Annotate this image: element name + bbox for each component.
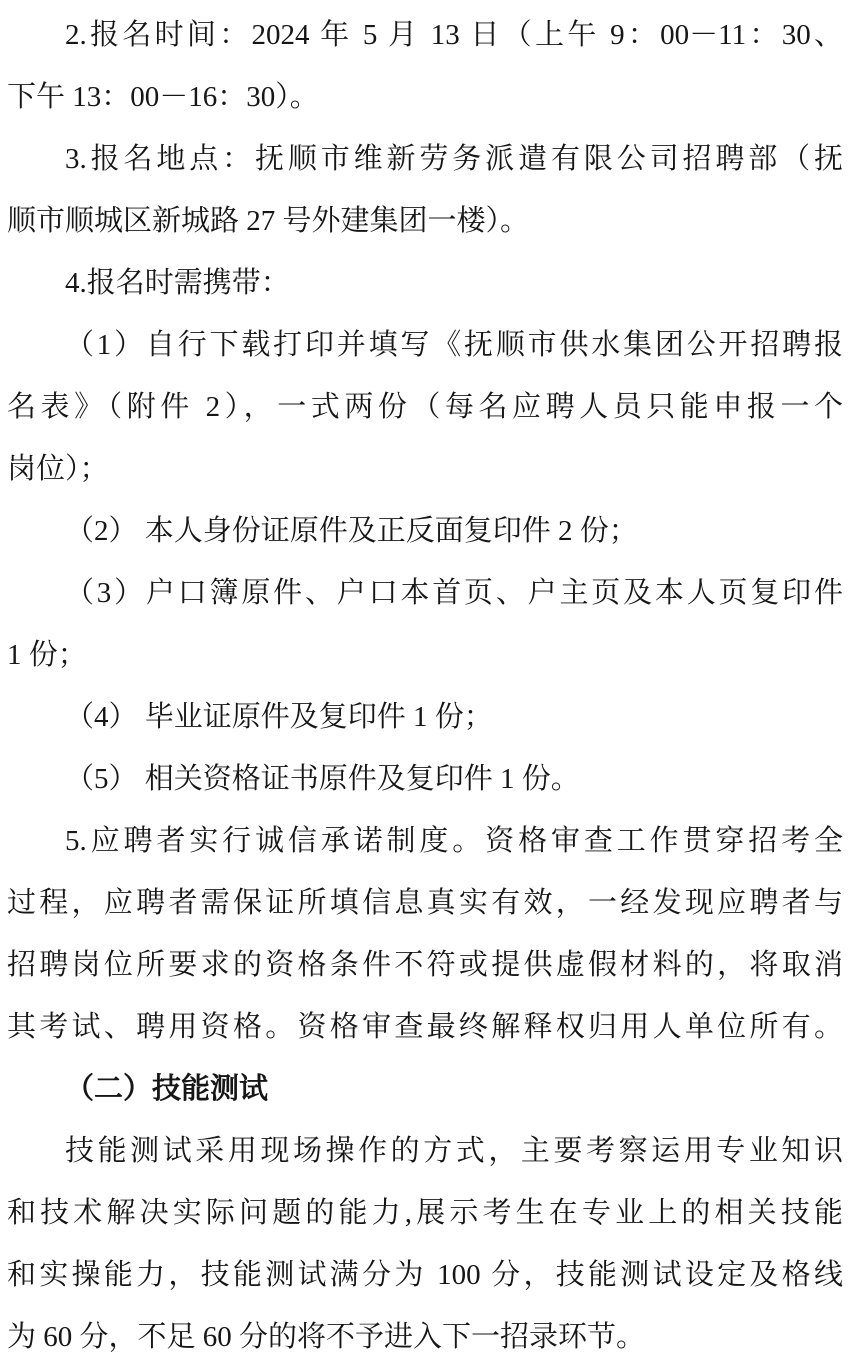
text-line-20: 和技术解决实际问题的能力,展示考生在专业上的相关技能 [7,1182,843,1244]
text-line-5: 4.报名时需携带： [7,252,843,314]
section-heading: （二）技能测试 [7,1058,843,1120]
text-line-11: 1 份； [7,624,843,686]
text-line-1: 2.报名时间：2024 年 5 月 13 日（上午 9：00－11：30、 [7,4,843,66]
text-line-9: （2） 本人身份证原件及正反面复印件 2 份； [7,500,843,562]
text-line-15: 过程，应聘者需保证所填信息真实有效，一经发现应聘者与 [7,872,843,934]
text-line-10: （3）户口簿原件、户口本首页、户主页及本人页复印件 [7,562,843,624]
text-line-4: 顺市顺城区新城路 27 号外建集团一楼）。 [7,190,843,252]
text-line-7: 名表》（附件 2），一式两份（每名应聘人员只能申报一个 [7,376,843,438]
text-line-22: 为 60 分，不足 60 分的将不予进入下一招录环节。 [7,1306,843,1368]
text-line-3: 3.报名地点：抚顺市维新劳务派遣有限公司招聘部（抚 [7,128,843,190]
text-line-17: 其考试、聘用资格。资格审查最终解释权归用人单位所有。 [7,996,843,1058]
text-line-13: （5） 相关资格证书原件及复印件 1 份。 [7,748,843,810]
text-line-21: 和实操能力，技能测试满分为 100 分，技能测试设定及格线 [7,1244,843,1306]
text-line-2: 下午 13：00－16：30）。 [7,66,843,128]
text-line-16: 招聘岗位所要求的资格条件不符或提供虚假材料的，将取消 [7,934,843,996]
text-line-19: 技能测试采用现场操作的方式，主要考察运用专业知识 [7,1120,843,1182]
text-line-8: 岗位）； [7,438,843,500]
document-page: 2.报名时间：2024 年 5 月 13 日（上午 9：00－11：30、 下午… [0,0,849,1372]
text-line-6: （1）自行下载打印并填写《抚顺市供水集团公开招聘报 [7,314,843,376]
text-line-14: 5.应聘者实行诚信承诺制度。资格审查工作贯穿招考全 [7,810,843,872]
text-line-12: （4） 毕业证原件及复印件 1 份； [7,686,843,748]
